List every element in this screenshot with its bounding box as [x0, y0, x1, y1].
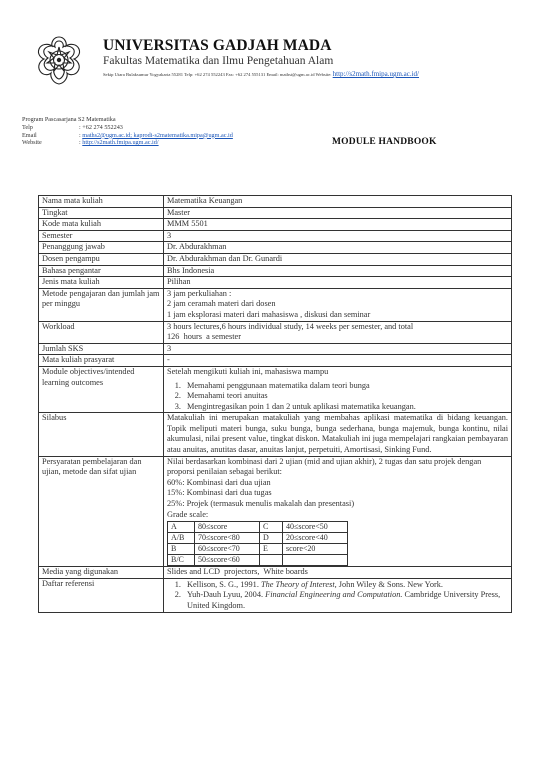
- contact-block: Program Pascasarjana S2 Matematika Telp:…: [22, 116, 233, 147]
- website-contact-link[interactable]: http://s2math.fmipa.ugm.ac.id/: [82, 139, 158, 146]
- row-label: Jenis mata kuliah: [39, 277, 164, 289]
- module-table: Nama mata kuliahMatematika KeuanganTingk…: [38, 195, 512, 613]
- grade-cell: B: [168, 544, 195, 555]
- grade-cell: 20≤score<40: [283, 533, 348, 544]
- table-row: TingkatMaster: [39, 207, 512, 219]
- table-row: Metode pengajaran dan jumlah jam per min…: [39, 288, 512, 321]
- row-value: Dr. Abdurakhman: [164, 242, 512, 254]
- silabus-label: Silabus: [39, 413, 164, 456]
- grade-cell: C: [260, 522, 283, 533]
- grade-scale-table: A80≤scoreC40≤score<50A/B70≤score<80D20≤s…: [167, 521, 348, 566]
- workload-label: Workload: [39, 321, 164, 343]
- persyaratan-value: Nilai berdasarkan kombinasi dari 2 ujian…: [164, 456, 512, 567]
- grade-cell: 50≤score<60: [195, 555, 260, 566]
- metode-label: Metode pengajaran dan jumlah jam per min…: [39, 288, 164, 321]
- grade-cell: D: [260, 533, 283, 544]
- media-label: Media yang digunakan: [39, 567, 164, 579]
- grade-cell: 60≤score<70: [195, 544, 260, 555]
- grade-cell: B/C: [168, 555, 195, 566]
- table-row: Daftar referensi Kellison, S. G., 1991. …: [39, 578, 512, 612]
- workload-value: 3 hours lectures,6 hours individual stud…: [164, 321, 512, 343]
- email-link[interactable]: maths2@ugm.ac.id; kaprodi-s2matematika.m…: [82, 132, 233, 139]
- grade-cell: 80≤score: [195, 522, 260, 533]
- metode-value: 3 jam perkuliahan : 2 jam ceramah materi…: [164, 288, 512, 321]
- media-value: Slides and LCD projectors, White boards: [164, 567, 512, 579]
- website-label: Website: [22, 139, 79, 147]
- table-row: Kode mata kuliahMMM 5501: [39, 219, 512, 231]
- row-value: 3: [164, 230, 512, 242]
- row-label: Kode mata kuliah: [39, 219, 164, 231]
- faculty-name: Fakultas Matematika dan Ilmu Pengetahuan…: [103, 55, 333, 67]
- document-title: MODULE HANDBOOK: [332, 137, 437, 147]
- table-row: Dosen pengampuDr. Abdurakhman dan Dr. Gu…: [39, 253, 512, 265]
- grade-cell: E: [260, 544, 283, 555]
- telp-label: Telp: [22, 124, 79, 132]
- grade-row: B60≤score<70Escore<20: [168, 544, 348, 555]
- row-label: Bahasa pengantar: [39, 265, 164, 277]
- table-row: Persyaratan pembelajaran dan ujian, meto…: [39, 456, 512, 567]
- row-label: Semester: [39, 230, 164, 242]
- table-row: Nama mata kuliahMatematika Keuangan: [39, 196, 512, 208]
- list-item: Memahami penggunaan matematika dalam teo…: [183, 381, 508, 392]
- table-row: Media yang digunakanSlides and LCD proje…: [39, 567, 512, 579]
- row-value: Master: [164, 207, 512, 219]
- website-link[interactable]: http://s2math.fmipa.ugm.ac.id/: [333, 70, 419, 78]
- grade-cell: 40≤score<50: [283, 522, 348, 533]
- reference-item: Yuh-Dauh Lyuu, 2004. Financial Engineeri…: [183, 590, 508, 611]
- row-label: Penanggung jawab: [39, 242, 164, 254]
- referensi-value: Kellison, S. G., 1991. The Theory of Int…: [164, 578, 512, 612]
- sks-value: 3: [164, 343, 512, 355]
- grade-cell: score<20: [283, 544, 348, 555]
- table-row: Mata kuliah prasyarat-: [39, 355, 512, 367]
- table-row: Jenis mata kuliahPilihan: [39, 277, 512, 289]
- table-row: Penanggung jawabDr. Abdurakhman: [39, 242, 512, 254]
- table-row: Module objectives/intended learning outc…: [39, 366, 512, 412]
- table-row: Jumlah SKS3: [39, 343, 512, 355]
- table-row: Workload 3 hours lectures,6 hours indivi…: [39, 321, 512, 343]
- list-item: Mengintregasikan poin 1 dan 2 untuk apli…: [183, 402, 508, 413]
- referensi-label: Daftar referensi: [39, 578, 164, 612]
- grade-cell: [283, 555, 348, 566]
- silabus-value: Matakuliah ini merupakan matakuliah yang…: [164, 413, 512, 456]
- row-value: Dr. Abdurakhman dan Dr. Gunardi: [164, 253, 512, 265]
- row-label: Nama mata kuliah: [39, 196, 164, 208]
- telp-value: : +62 274 552243: [79, 124, 123, 132]
- row-value: MMM 5501: [164, 219, 512, 231]
- reference-item: Kellison, S. G., 1991. The Theory of Int…: [183, 580, 508, 591]
- row-value: Matematika Keuangan: [164, 196, 512, 208]
- objectives-value: Setelah mengikuti kuliah ini, mahasiswa …: [164, 366, 512, 412]
- grade-cell: A: [168, 522, 195, 533]
- ugm-emblem-icon: [33, 35, 85, 87]
- reference-title: The Theory of Interest,: [261, 580, 337, 589]
- row-value: Bhs Indonesia: [164, 265, 512, 277]
- prasyarat-label: Mata kuliah prasyarat: [39, 355, 164, 367]
- row-label: Dosen pengampu: [39, 253, 164, 265]
- table-row: Semester3: [39, 230, 512, 242]
- grade-row: A/B70≤score<80D20≤score<40: [168, 533, 348, 544]
- table-row: Bahasa pengantarBhs Indonesia: [39, 265, 512, 277]
- persyaratan-label: Persyaratan pembelajaran dan ujian, meto…: [39, 456, 164, 567]
- list-item: Memahami teori anuitas: [183, 391, 508, 402]
- program-name: Program Pascasarjana S2 Matematika: [22, 116, 233, 124]
- university-name: UNIVERSITAS GADJAH MADA: [103, 37, 332, 55]
- reference-title: Financial Engineering and Computation.: [265, 590, 402, 599]
- row-label: Tingkat: [39, 207, 164, 219]
- grade-row: B/C50≤score<60: [168, 555, 348, 566]
- email-label: Email: [22, 132, 79, 140]
- grade-cell: 70≤score<80: [195, 533, 260, 544]
- grade-row: A80≤scoreC40≤score<50: [168, 522, 348, 533]
- address-line: Sekip Utara Bulaksumur Yogyakarta 55281 …: [103, 70, 419, 78]
- grade-cell: A/B: [168, 533, 195, 544]
- objectives-label: Module objectives/intended learning outc…: [39, 366, 164, 412]
- sks-label: Jumlah SKS: [39, 343, 164, 355]
- grade-cell: [260, 555, 283, 566]
- table-row: Silabus Matakuliah ini merupakan matakul…: [39, 413, 512, 456]
- row-value: Pilihan: [164, 277, 512, 289]
- prasyarat-value: -: [164, 355, 512, 367]
- address-text: Sekip Utara Bulaksumur Yogyakarta 55281 …: [103, 72, 333, 77]
